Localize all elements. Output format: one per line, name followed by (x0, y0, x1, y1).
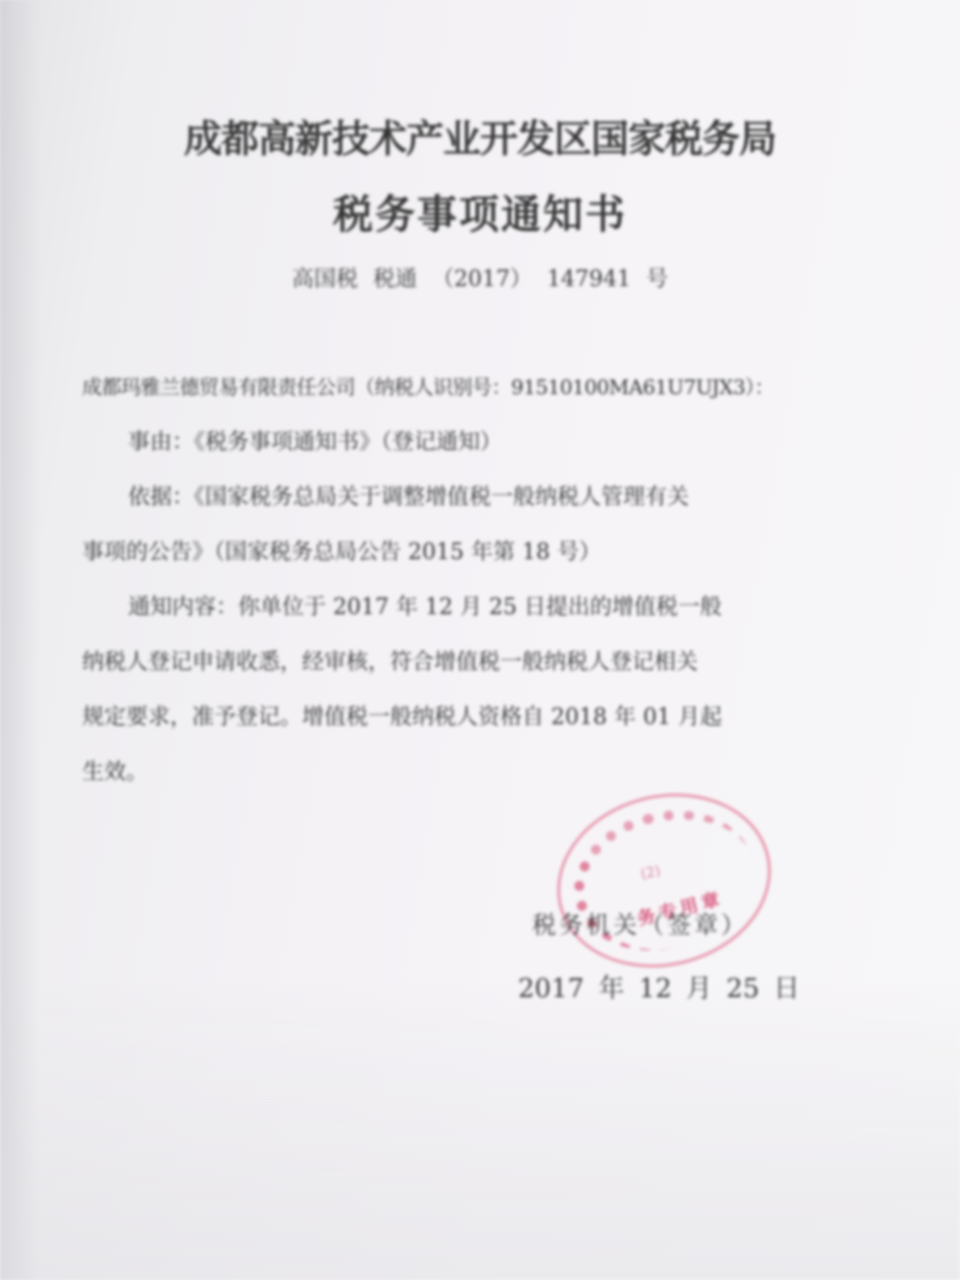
issuer-title: 成都高新技术产业开发区国家税务局 (0, 108, 960, 163)
content-line-4: 生效。 (82, 758, 148, 788)
seal-text-ring (559, 792, 769, 969)
signing-authority: 税务机关（签章） (532, 905, 748, 940)
content-line-1: 通知内容：你单位于 2017 年 12 月 25 日提出的增值税一般 (128, 593, 722, 623)
document-title: 税务事项通知书 (0, 183, 960, 240)
document-number: 高国税 税通 （2017） 147941 号 (0, 262, 960, 293)
page-shadow-bottom (0, 980, 960, 1280)
addressee-line: 成都玛雅兰德贸易有限责任公司（纳税人识别号：91510100MA61U7UJX3… (82, 372, 774, 402)
document-page: 成都高新技术产业开发区国家税务局 税务事项通知书 高国税 税通 （2017） 1… (0, 0, 960, 1280)
content-line-2: 纳税人登记申请收悉，经审核，符合增值税一般纳税人登记相关 (82, 648, 698, 678)
signing-date: 2017 年 12 月 25 日 (518, 968, 800, 1005)
basis-line-2: 事项的公告》（国家税务总局公告 2015 年第 18 号） (82, 538, 601, 568)
content-line-3: 规定要求，准予登记。增值税一般纳税人资格自 2018 年 01 月起 (82, 703, 722, 733)
basis-line-1: 依据：《国家税务总局关于调整增值税一般纳税人管理有关 (128, 483, 689, 513)
official-seal-stamp: (2) 务专用章 (539, 771, 790, 989)
subject-line: 事由：《税务事项通知书》（登记通知） (128, 428, 502, 458)
